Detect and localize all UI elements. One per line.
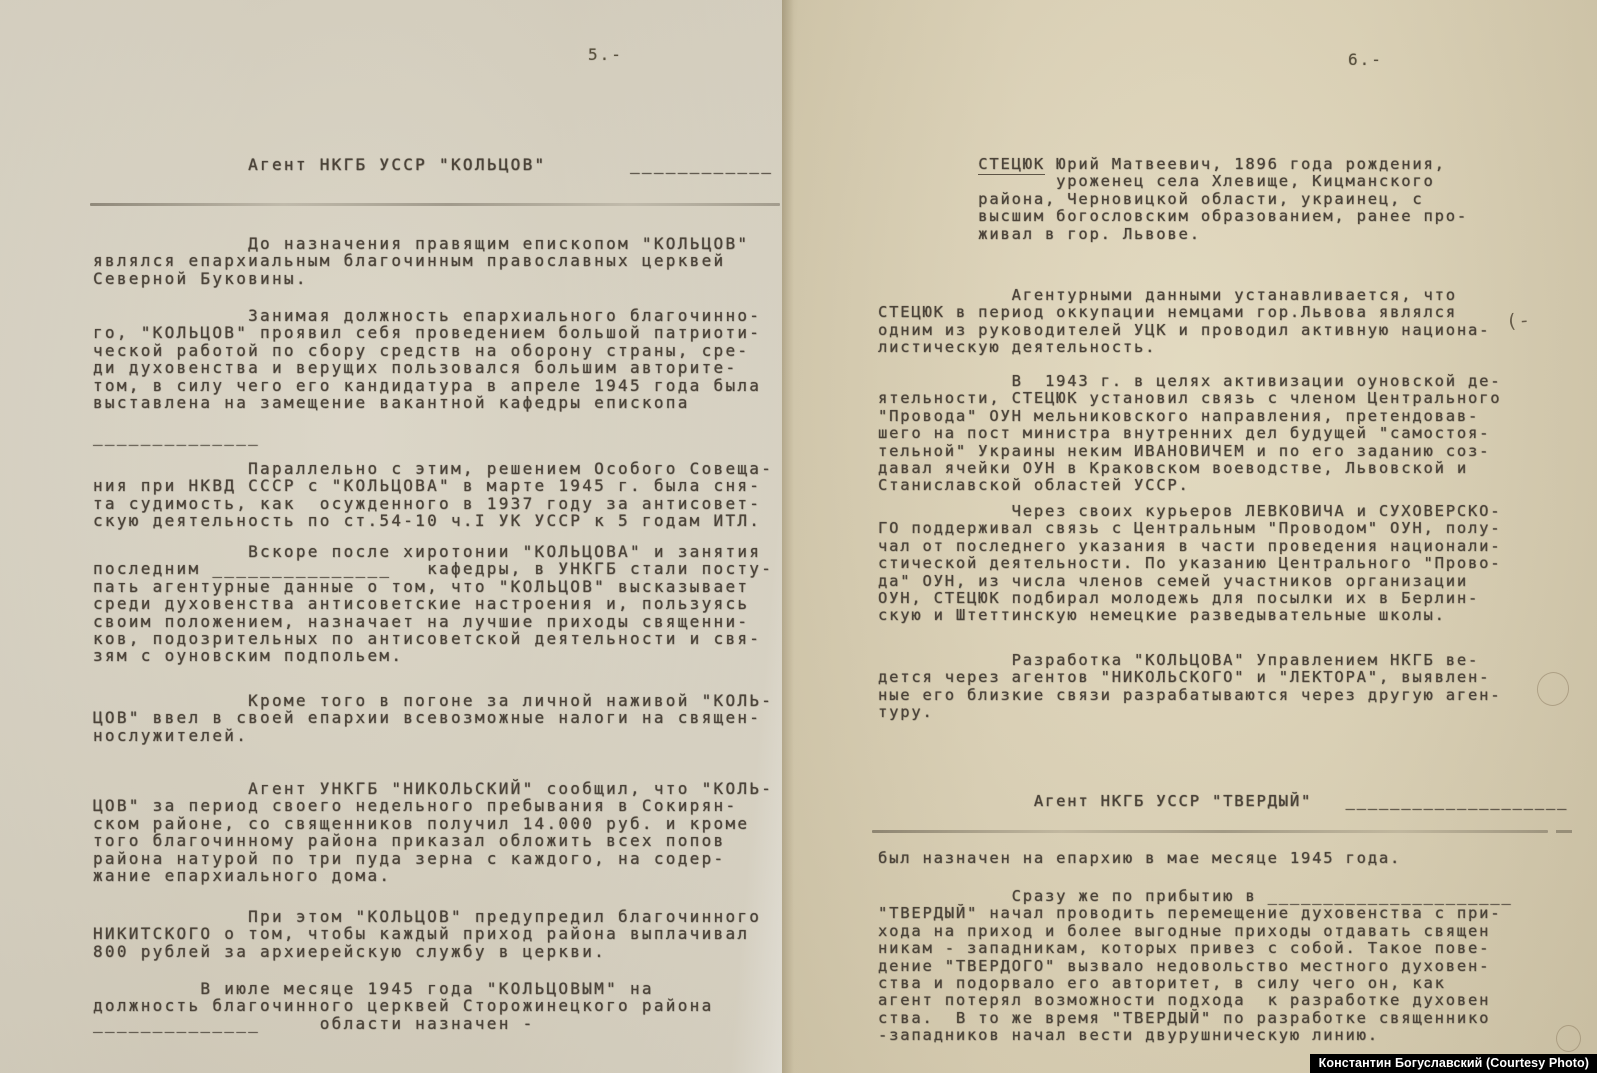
text-line: Параллельно с этим, решением Особого Сов… [93, 460, 773, 477]
text-line: выставлена на замещение вакантной кафедр… [93, 394, 761, 411]
text-line: "Провода" ОУН мельниковского направления… [878, 408, 1501, 425]
text-line: района натурой по три пуда зерна с каждо… [93, 850, 773, 867]
text-line: СТЕЦЮК в период оккупации немцами гор.Ль… [878, 304, 1490, 321]
text-line: да" ОУН, из числа членов семей участнико… [878, 573, 1501, 590]
document-page-5: 5.- Агент НКГБ УССР "КОЛЬЦОВ" __________… [0, 0, 782, 1073]
text-line: ЦОВ" ввел в своей епархии всевозможные н… [93, 709, 773, 726]
page5-para: Параллельно с этим, решением Особого Сов… [93, 460, 773, 530]
text-line: Агент НКГБ УССР "ТВЕРДЫЙ" ______________… [878, 793, 1568, 810]
text-line: одним из руководителей УЦК и проводил ак… [878, 322, 1490, 339]
text-line: Сразу же по прибытию в _________________… [878, 888, 1513, 905]
page5-heading: Агент НКГБ УССР "КОЛЬЦОВ" ____________ [93, 156, 773, 173]
page5-rule [90, 203, 780, 206]
text-line: шего на пост министра внутренних дел буд… [878, 425, 1501, 442]
text-line: Вскоре после хиротонии "КОЛЬЦОВА" и заня… [93, 543, 773, 560]
page5-para: Агент УНКГБ "НИКОЛЬСКИЙ" сообщил, что "К… [93, 780, 773, 884]
page5-para: Вскоре после хиротонии "КОЛЬЦОВА" и заня… [93, 543, 773, 665]
text-line: скую деятельность по ст.54-10 ч.I УК УСС… [93, 512, 773, 529]
text-line: нослужителей. [93, 727, 773, 744]
text-line: Кроме того в погоне за личной наживой "К… [93, 692, 773, 709]
text-line: пать агентурные данные о том, что "КОЛЬЦ… [93, 578, 773, 595]
page5-redaction: ______________ [93, 428, 260, 445]
text-line: среди духовенства антисоветские настроен… [93, 595, 773, 612]
text-line: 800 рублей за архиерейскую службу в церк… [93, 943, 761, 960]
handwritten-margin-mark: (- [1505, 309, 1531, 333]
text-line: никам - западникам, которых привез с соб… [878, 940, 1513, 957]
photo-credit: Константин Богуславский (Courtesy Photo) [1310, 1054, 1597, 1073]
document-page-6: 6.- СТЕЦЮК Юрий Матвеевич, 1896 года рож… [782, 0, 1597, 1073]
text-line: ди духовенства и верущих пользовался бол… [93, 359, 761, 376]
text-line: В 1943 г. в целях активизации оуновской … [878, 373, 1501, 390]
page6-para: Разработка "КОЛЬЦОВА" Управлением НКГБ в… [878, 652, 1501, 722]
text-line: был назначен на епархию в мае месяце 194… [878, 850, 1401, 867]
text-line: давал ячейки ОУН в Краковском воеводстве… [878, 460, 1501, 477]
text-line: Через своих курьеров ЛЕВКОВИЧА и СУХОВЕР… [878, 503, 1501, 520]
text-line: дется через агентов "НИКОЛЬСКОГО" и "ЛЕК… [878, 669, 1501, 686]
text-line: Агентурными данными устанавливается, что [878, 287, 1490, 304]
page5-para: Кроме того в погоне за личной наживой "К… [93, 692, 773, 744]
text-line: туру. [878, 704, 1501, 721]
text-line: том, в силу чего его кандидатура в апрел… [93, 377, 761, 394]
text-line: Станиславской областей УССР. [878, 477, 1501, 494]
page6-heading: Агент НКГБ УССР "ТВЕРДЫЙ" ______________… [878, 793, 1568, 810]
text-line: листическую деятельность. [878, 339, 1490, 356]
text-line: ятельности, СТЕЦЮК установил связь с чле… [878, 390, 1501, 407]
text-line: чал от последнего указания в части прове… [878, 538, 1501, 555]
text-line: агент потерял возможности подхода к разр… [878, 992, 1513, 1009]
text-line: ЦОВ" за период своего недельного пребыва… [93, 797, 773, 814]
text-line: ков, подозрительных по антисоветской дея… [93, 630, 773, 647]
text-line: Разработка "КОЛЬЦОВА" Управлением НКГБ в… [878, 652, 1501, 669]
ring-stain [1556, 1025, 1581, 1052]
text-line: тельной" Украины неким ИВАНОВИЧЕМ и по е… [878, 443, 1501, 460]
text-line: ния при НКВД СССР с "КОЛЬЦОВА" в марте 1… [93, 477, 773, 494]
page5-para: В июле месяце 1945 года "КОЛЬЦОВЫМ" надо… [93, 980, 714, 1032]
text-line: своим положением, назначает на лучшие пр… [93, 613, 773, 630]
page6-para: Сразу же по прибытию в _________________… [878, 888, 1513, 1045]
text-line: -западников начал вести двурушническую л… [878, 1027, 1513, 1044]
text-line: уроженец села Хлевище, Кицманского [878, 173, 1468, 190]
text-line: должность благочинного церквей Сторожине… [93, 997, 714, 1014]
page6-para: В 1943 г. в целях активизации оуновской … [878, 373, 1501, 495]
text-line: скую и Штеттинскую немецкие разведывател… [878, 607, 1501, 624]
text-line: го, "КОЛЬЦОВ" проявил себя проведением б… [93, 324, 761, 341]
text-line: Агент НКГБ УССР "КОЛЬЦОВ" ____________ [93, 156, 773, 173]
text-line: До назначения правящим епископом "КОЛЬЦО… [93, 235, 749, 252]
text-line: НИКИТСКОГО о том, чтобы каждый приход ра… [93, 925, 761, 942]
text-line: та судимость, как осужденного в 1937 год… [93, 495, 773, 512]
text-line: Северной Буковины. [93, 270, 749, 287]
text-line: "ТВЕРДЫЙ" начал проводить перемещение ду… [878, 905, 1513, 922]
text-line: являлся епархиальным благочинным правосл… [93, 252, 749, 269]
page6-para: Агентурными данными устанавливается, что… [878, 287, 1490, 357]
text-line: Занимая должность епархиального благочин… [93, 307, 761, 324]
text-line: жание епархиального дома. [93, 867, 773, 884]
page5-para: До назначения правящим епископом "КОЛЬЦО… [93, 235, 749, 287]
page6-bio: СТЕЦЮК Юрий Матвеевич, 1896 года рождени… [878, 156, 1468, 243]
text-line: ческой работой по сбору средств на оборо… [93, 342, 761, 359]
text-line: ства и подорвало его авторитет, в силу ч… [878, 975, 1513, 992]
text-line: того благочинному района приказал обложи… [93, 832, 773, 849]
page6-rule [872, 830, 1548, 833]
page6-para: Через своих курьеров ЛЕВКОВИЧА и СУХОВЕР… [878, 503, 1501, 625]
text-line: стической деятельности. По указанию Цент… [878, 555, 1501, 572]
text-line: ГО поддерживал связь с Центральным "Пров… [878, 520, 1501, 537]
text-line: последним _______________ кафедры, в УНК… [93, 560, 773, 577]
text-line: живал в гор. Львове. [878, 226, 1468, 243]
typewritten-text-page-6: СТЕЦЮК Юрий Матвеевич, 1896 года рождени… [878, 0, 1578, 1073]
text-line: дение "ТВЕРДОГО" вызвало недовольство ме… [878, 958, 1513, 975]
text-line: высшим богословским образованием, ранее … [878, 208, 1468, 225]
text-line: зям с оуновским подпольем. [93, 647, 773, 664]
page5-para: При этом "КОЛЬЦОВ" предупредил благочинн… [93, 908, 761, 960]
typewritten-text-page-5: Агент НКГБ УССР "КОЛЬЦОВ" ____________ Д… [93, 0, 793, 1073]
text-line: ______________ области назначен - [93, 1015, 714, 1032]
text-line: СТЕЦЮК Юрий Матвеевич, 1896 года рождени… [878, 156, 1468, 173]
text-line: Агент УНКГБ "НИКОЛЬСКИЙ" сообщил, что "К… [93, 780, 773, 797]
text-line: хода на приход и более выгодные приходы … [878, 923, 1513, 940]
text-line: ства. В то же время "ТВЕРДЫЙ" по разрабо… [878, 1010, 1513, 1027]
page5-para: Занимая должность епархиального благочин… [93, 307, 761, 411]
text-line: ные его близкие связи разрабатываются че… [878, 687, 1501, 704]
text-line: ОУН, СТЕЦЮК подбирал молодежь для посылк… [878, 590, 1501, 607]
text-line: При этом "КОЛЬЦОВ" предупредил благочинн… [93, 908, 761, 925]
page6-para: был назначен на епархию в мае месяце 194… [878, 850, 1401, 867]
text-line: ______________ [93, 428, 260, 445]
text-line: В июле месяце 1945 года "КОЛЬЦОВЫМ" на [93, 980, 714, 997]
text-line: ском районе, со священников получил 14.0… [93, 815, 773, 832]
text-line: района, Черновицкой области, украинец, с [878, 191, 1468, 208]
